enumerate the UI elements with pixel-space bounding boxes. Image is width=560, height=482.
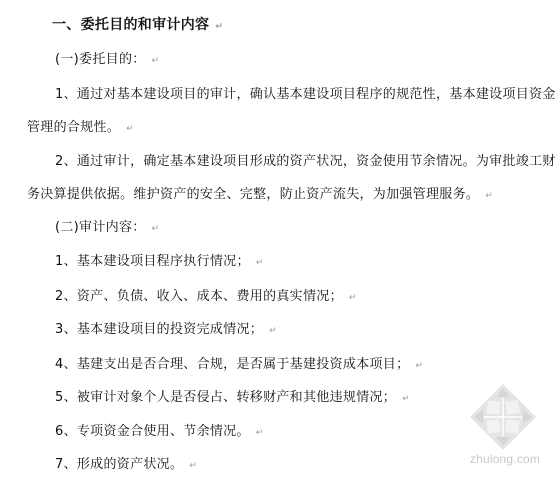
content-item-7: 7、形成的资产状况。↵	[55, 457, 197, 474]
content-item-1: 1、基本建设项目程序执行情况；↵	[55, 254, 264, 271]
section-title-text: (一)委托目的：	[55, 52, 146, 67]
content-item-text: 3、基本建设项目的投资完成情况；	[55, 322, 263, 337]
paragraph-mark-icon: ↵	[485, 191, 493, 201]
purpose-item-1-line-2: 管理的合规性。↵	[27, 120, 134, 137]
paragraph-mark-icon: ↵	[402, 394, 410, 404]
content-item-6: 6、专项资金合使用、节余情况。↵	[55, 424, 264, 441]
purpose-item-1-line-1: 1、通过对基本建设项目的审计，确认基本建设项目程序的规范性，基本建设项目资金	[55, 87, 556, 103]
document-page: 一、委托目的和审计内容↵ (一)委托目的：↵ 1、通过对基本建设项目的审计，确认…	[0, 0, 560, 482]
paragraph-mark-icon: ↵	[126, 124, 134, 134]
content-item-4: 4、基建支出是否合理、合规，是否属于基建投资成本项目；↵	[55, 357, 423, 374]
content-item-text: 5、被审计对象个人是否侵占、转移财产和其他违规情况；	[55, 390, 396, 405]
purpose-item-2-line-1: 2、通过审计，确定基本建设项目形成的资产状况，资金使用节余情况。为审批竣工财	[55, 154, 556, 170]
purpose-item-text: 1、通过对基本建设项目的审计，确认基本建设项目程序的规范性，基本建设项目资金	[55, 87, 556, 102]
document-heading: 一、委托目的和审计内容↵	[52, 17, 223, 35]
paragraph-mark-icon: ↵	[256, 428, 264, 438]
watermark-text: zhulong.com	[455, 452, 555, 466]
content-item-text: 4、基建支出是否合理、合规，是否属于基建投资成本项目；	[55, 357, 409, 372]
section-title-content: (二)审计内容：↵	[55, 220, 159, 237]
purpose-item-2-line-2: 务决算提供依据。维护资产的安全、完整，防止资产流失，为加强管理服务。↵	[27, 187, 493, 204]
zhulong-logo-icon	[470, 384, 536, 450]
content-item-text: 2、资产、负债、收入、成本、费用的真实情况；	[55, 289, 343, 304]
watermark: zhulong.com	[455, 384, 555, 480]
paragraph-mark-icon: ↵	[152, 224, 160, 234]
paragraph-mark-icon: ↵	[269, 326, 277, 336]
paragraph-mark-icon: ↵	[215, 22, 223, 32]
paragraph-mark-icon: ↵	[152, 56, 160, 66]
paragraph-mark-icon: ↵	[189, 461, 197, 471]
content-item-text: 6、专项资金合使用、节余情况。	[55, 424, 250, 439]
content-item-3: 3、基本建设项目的投资完成情况；↵	[55, 322, 277, 339]
section-title-text: (二)审计内容：	[55, 220, 146, 235]
paragraph-mark-icon: ↵	[256, 258, 264, 268]
content-item-text: 7、形成的资产状况。	[55, 457, 183, 472]
purpose-item-text: 2、通过审计，确定基本建设项目形成的资产状况，资金使用节余情况。为审批竣工财	[55, 154, 556, 169]
paragraph-mark-icon: ↵	[415, 361, 423, 371]
heading-text: 一、委托目的和审计内容	[52, 17, 209, 33]
purpose-item-text: 务决算提供依据。维护资产的安全、完整，防止资产流失，为加强管理服务。	[27, 187, 479, 202]
purpose-item-text: 管理的合规性。	[27, 120, 120, 135]
content-item-2: 2、资产、负债、收入、成本、费用的真实情况；↵	[55, 289, 357, 306]
section-title-purpose: (一)委托目的：↵	[55, 52, 159, 69]
paragraph-mark-icon: ↵	[349, 293, 357, 303]
content-item-text: 1、基本建设项目程序执行情况；	[55, 254, 250, 269]
content-item-5: 5、被审计对象个人是否侵占、转移财产和其他违规情况；↵	[55, 390, 410, 407]
